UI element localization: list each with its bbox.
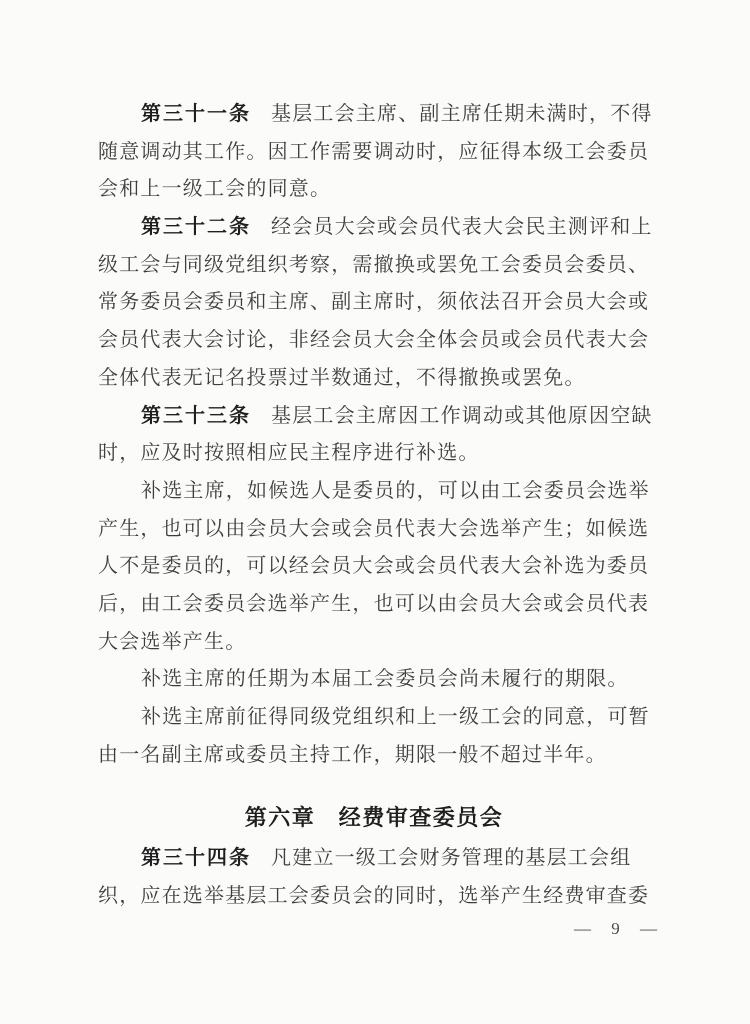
body-line: 补选主席，如候选人是委员的，可以由工会委员会选举 [98, 473, 650, 511]
article-number: 第三十二条 [141, 216, 251, 238]
article-opening-line: 第三十四条凡建立一级工会财务管理的基层工会组 [98, 840, 650, 878]
article-33: 第三十三条基层工会主席因工作调动或其他原因空缺 时，应及时按照相应民主程序进行补… [98, 398, 650, 473]
body-line: 全体代表无记名投票过半数通过，不得撤换或罢免。 [98, 360, 650, 398]
article-opening-line: 第三十三条基层工会主席因工作调动或其他原因空缺 [98, 398, 650, 436]
document-page: 第三十一条基层工会主席、副主席任期未满时，不得 随意调动其工作。因工作需要调动时… [0, 0, 750, 1024]
article-34: 第三十四条凡建立一级工会财务管理的基层工会组 织，应在选举基层工会委员会的同时，… [98, 840, 650, 915]
chapter-heading: 第六章 经费审查委员会 [98, 799, 650, 837]
line-text: 基层工会主席因工作调动或其他原因空缺 [271, 405, 653, 427]
body-line: 会员代表大会讨论，非经会员大会全体会员或会员代表大会 [98, 322, 650, 360]
body-line: 级工会与同级党组织考察，需撤换或罢免工会委员会委员、 [98, 247, 650, 285]
article-number: 第三十一条 [141, 103, 251, 125]
body-line: 后，由工会委员会选举产生，也可以由会员大会或会员代表 [98, 586, 650, 624]
body-line: 织，应在选举基层工会委员会的同时，选举产生经费审查委 [98, 878, 650, 916]
body-line: 常务委员会委员和主席、副主席时，须依法召开会员大会或 [98, 284, 650, 322]
body-line: 人不是委员的，可以经会员大会或会员代表大会补选为委员 [98, 548, 650, 586]
body-line: 补选主席前征得同级党组织和上一级工会的同意，可暂 [98, 699, 650, 737]
article-number: 第三十四条 [141, 847, 251, 869]
paragraph-byelection-methods: 补选主席，如候选人是委员的，可以由工会委员会选举 产生，也可以由会员大会或会员代… [98, 473, 650, 661]
body-line: 大会选举产生。 [98, 624, 650, 662]
paragraph-byelection-term: 补选主席的任期为本届工会委员会尚未履行的期限。 [98, 661, 650, 699]
body-line: 随意调动其工作。因工作需要调动时，应征得本级工会委员 [98, 134, 650, 172]
article-31: 第三十一条基层工会主席、副主席任期未满时，不得 随意调动其工作。因工作需要调动时… [98, 96, 650, 209]
line-text: 凡建立一级工会财务管理的基层工会组 [271, 847, 631, 869]
article-opening-line: 第三十二条经会员大会或会员代表大会民主测评和上 [98, 209, 650, 247]
body-line: 由一名副主席或委员主持工作，期限一般不超过半年。 [98, 737, 650, 775]
line-text: 基层工会主席、副主席任期未满时，不得 [271, 103, 653, 125]
article-number: 第三十三条 [141, 405, 251, 427]
article-opening-line: 第三十一条基层工会主席、副主席任期未满时，不得 [98, 96, 650, 134]
paragraph-byelection-approval: 补选主席前征得同级党组织和上一级工会的同意，可暂 由一名副主席或委员主持工作，期… [98, 699, 650, 774]
body-line: 时，应及时按照相应民主程序进行补选。 [98, 435, 650, 473]
line-text: 经会员大会或会员代表大会民主测评和上 [271, 216, 653, 238]
article-32: 第三十二条经会员大会或会员代表大会民主测评和上 级工会与同级党组织考察，需撤换或… [98, 209, 650, 397]
body-line: 补选主席的任期为本届工会委员会尚未履行的期限。 [98, 661, 650, 699]
body-line: 会和上一级工会的同意。 [98, 171, 650, 209]
document-text-block: 第三十一条基层工会主席、副主席任期未满时，不得 随意调动其工作。因工作需要调动时… [98, 96, 650, 916]
body-line: 产生，也可以由会员大会或会员代表大会选举产生；如候选 [98, 511, 650, 549]
page-number: — 9 — [574, 919, 662, 939]
